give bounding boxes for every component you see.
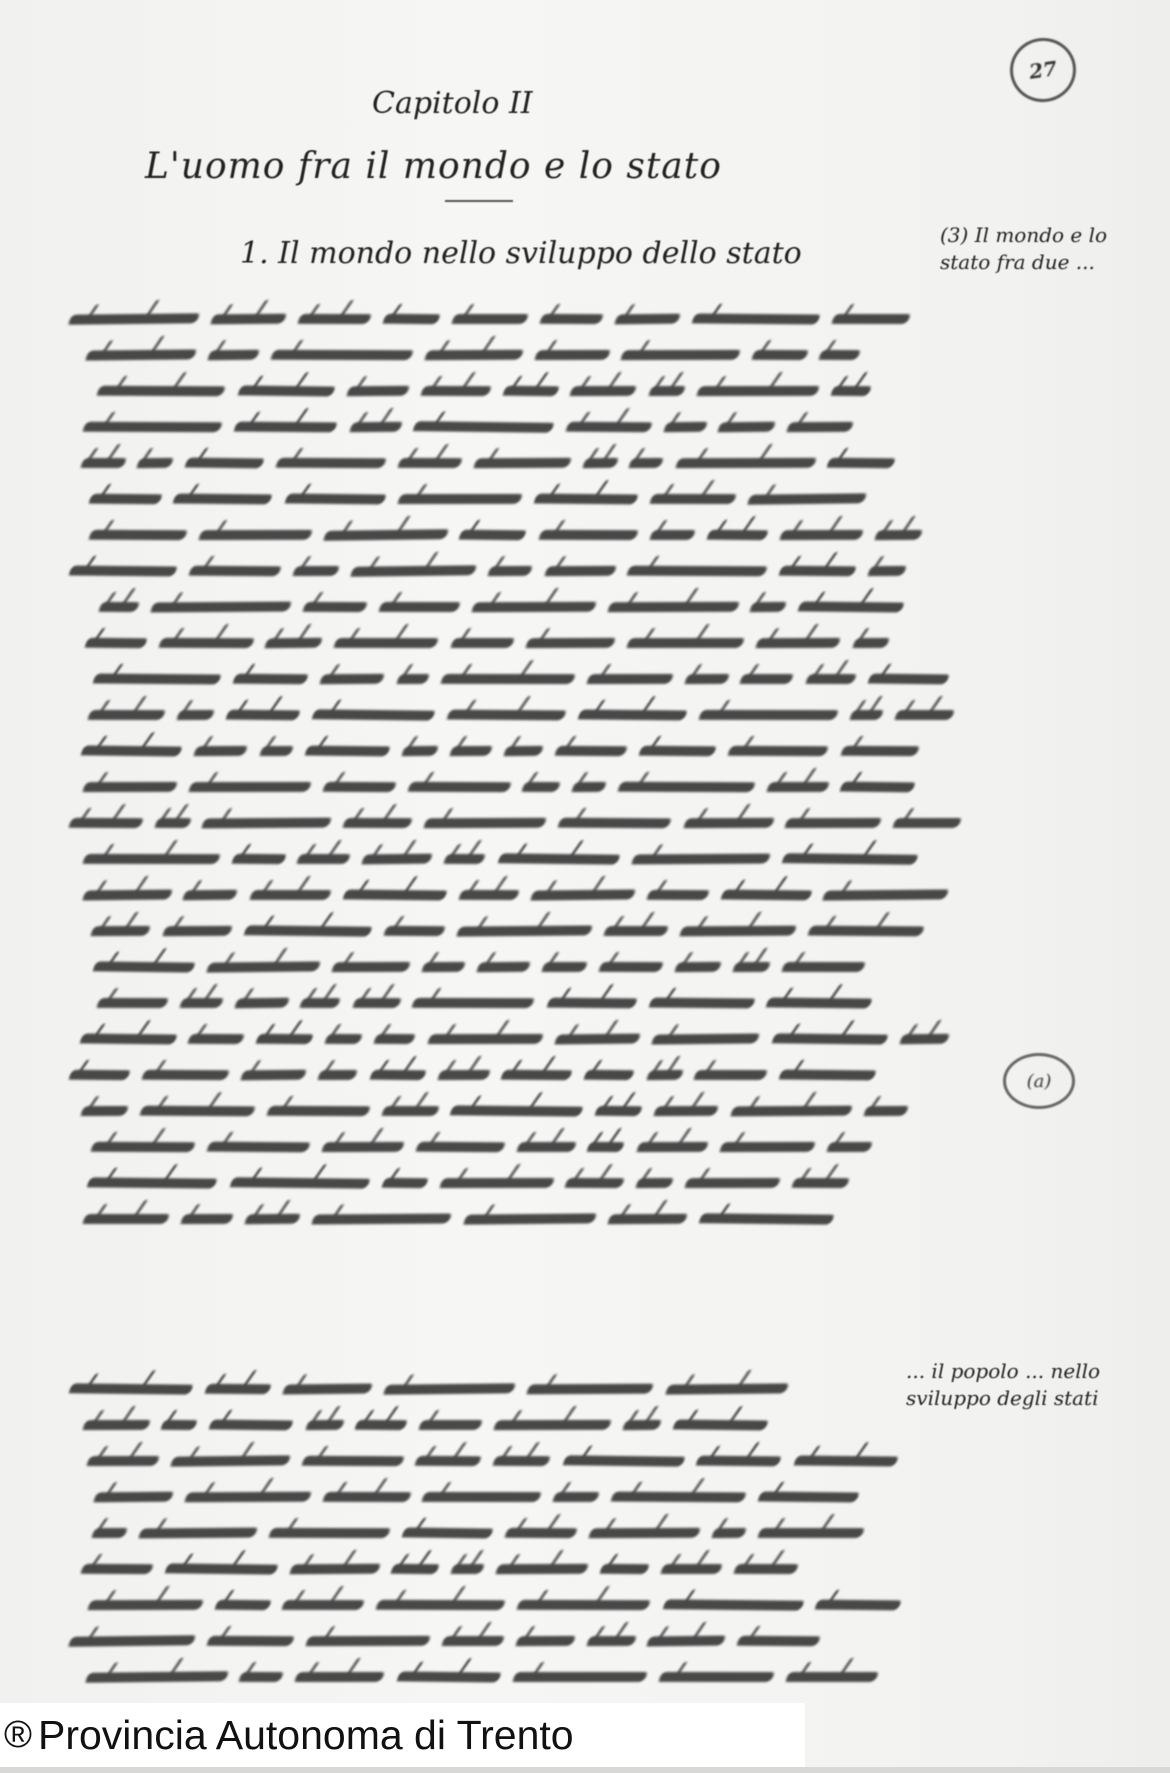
handwritten-word	[779, 530, 863, 540]
handwritten-word	[91, 1528, 127, 1538]
handwritten-word	[444, 854, 486, 864]
circled-mark-text: (a)	[1027, 1071, 1052, 1092]
handwritten-word	[92, 961, 195, 972]
handwritten-word	[516, 1142, 576, 1152]
handwritten-word	[852, 638, 889, 648]
handwritten-word	[554, 1034, 641, 1045]
handwritten-word	[696, 386, 820, 396]
handwritten-word	[96, 998, 168, 1008]
handwritten-line	[70, 1198, 970, 1234]
handwritten-word	[158, 638, 254, 648]
handwritten-word	[82, 1214, 170, 1224]
handwritten-word	[586, 674, 673, 684]
handwritten-word	[638, 746, 716, 757]
handwritten-word	[440, 674, 575, 684]
handwritten-word	[80, 458, 126, 468]
handwritten-word	[304, 746, 390, 757]
handwritten-word	[402, 1527, 494, 1538]
handwritten-line	[70, 766, 970, 802]
handwritten-word	[450, 1105, 584, 1116]
handwritten-word	[740, 674, 794, 684]
handwritten-word	[758, 1528, 866, 1538]
handwritten-word	[662, 1599, 803, 1610]
handwritten-word	[255, 1034, 313, 1045]
handwritten-word	[629, 458, 664, 468]
handwritten-word	[82, 1420, 150, 1430]
handwritten-line	[70, 694, 970, 730]
handwritten-word	[849, 710, 884, 720]
handwritten-word	[229, 1177, 370, 1189]
handwritten-word	[141, 1070, 230, 1080]
handwritten-word	[68, 1635, 196, 1647]
handwritten-word	[635, 1178, 673, 1188]
chapter-heading: Capitolo II	[372, 86, 533, 121]
handwritten-word	[542, 962, 588, 972]
handwritten-word	[683, 818, 774, 828]
handwritten-word	[243, 925, 372, 936]
handwritten-word	[150, 602, 291, 613]
handwritten-word	[298, 314, 372, 324]
handwritten-word	[622, 1420, 662, 1430]
handwritten-line	[70, 1368, 970, 1404]
handwritten-word	[840, 782, 916, 793]
handwritten-line	[70, 298, 970, 334]
handwritten-word	[730, 1106, 853, 1117]
handwritten-word	[396, 1671, 501, 1682]
handwritten-word	[501, 1070, 573, 1081]
handwritten-word	[805, 674, 856, 684]
handwritten-line	[70, 370, 970, 406]
handwritten-word	[586, 1636, 636, 1646]
handwritten-word	[322, 782, 396, 792]
handwritten-word	[471, 602, 596, 613]
handwritten-word	[787, 422, 854, 432]
handwritten-word	[538, 530, 638, 540]
handwritten-word	[784, 818, 881, 828]
handwritten-line	[70, 1656, 970, 1692]
handwritten-word	[648, 386, 686, 396]
handwritten-word	[553, 1492, 600, 1502]
handwritten-word	[331, 962, 410, 972]
handwritten-word	[93, 673, 222, 684]
handwritten-word	[343, 818, 413, 828]
handwritten-word	[793, 1455, 898, 1466]
handwritten-word	[284, 493, 386, 504]
handwritten-line	[70, 730, 970, 766]
handwritten-word	[570, 386, 637, 396]
handwritten-word	[234, 422, 338, 433]
handwritten-line	[70, 946, 970, 982]
handwritten-word	[452, 314, 529, 324]
handwritten-word	[502, 386, 559, 397]
handwritten-word	[544, 566, 616, 576]
handwritten-word	[424, 818, 547, 829]
chapter-title: L'uomo fra il mondo e lo stato	[145, 146, 722, 187]
handwritten-word	[698, 1213, 834, 1224]
handwritten-word	[422, 1492, 542, 1502]
handwritten-word	[463, 1213, 597, 1224]
handwritten-word	[205, 1384, 272, 1395]
circled-mark: (a)	[1003, 1053, 1075, 1109]
handwritten-word	[293, 566, 340, 576]
handwritten-word	[80, 745, 182, 756]
title-underline	[445, 200, 513, 202]
handwritten-word	[584, 1070, 636, 1081]
handwritten-word	[673, 1419, 769, 1430]
handwritten-word	[266, 1106, 370, 1116]
handwritten-word	[694, 1070, 768, 1080]
handwritten-word	[827, 458, 896, 469]
handwritten-word	[237, 385, 335, 396]
handwritten-word	[598, 962, 663, 972]
handwritten-word	[732, 962, 770, 972]
handwritten-word	[522, 782, 561, 792]
handwritten-word	[652, 1033, 761, 1044]
handwritten-word	[712, 1528, 747, 1538]
handwritten-word	[349, 422, 402, 432]
handwritten-word	[259, 746, 293, 756]
handwritten-word	[249, 890, 331, 900]
handwritten-word	[497, 853, 620, 864]
handwritten-word	[819, 350, 861, 360]
handwritten-word	[415, 1456, 482, 1466]
handwritten-line	[70, 586, 970, 622]
handwritten-word	[424, 350, 523, 361]
handwritten-word	[325, 1034, 363, 1044]
handwritten-word	[245, 1214, 301, 1225]
handwritten-word	[717, 422, 776, 433]
handwritten-word	[526, 1384, 654, 1395]
handwritten-word	[439, 1178, 554, 1188]
handwritten-word	[369, 1070, 426, 1081]
handwritten-word	[93, 1492, 173, 1503]
handwritten-word	[381, 1106, 439, 1116]
handwritten-word	[648, 998, 755, 1009]
handwritten-word	[184, 1492, 312, 1503]
handwritten-word	[374, 1034, 416, 1044]
handwritten-line	[70, 1476, 970, 1512]
copyright-footer: ® Provincia Autonoma di Trento	[0, 1703, 805, 1767]
scan-edge	[0, 1767, 1170, 1773]
handwritten-word	[684, 1178, 780, 1188]
handwritten-word	[631, 854, 771, 865]
handwritten-word	[185, 458, 265, 469]
handwritten-word	[636, 1142, 708, 1152]
handwritten-word	[194, 746, 249, 756]
handwritten-word	[188, 566, 282, 577]
handwritten-word	[565, 1178, 625, 1188]
handwritten-word	[649, 494, 737, 504]
handwritten-word	[346, 386, 409, 397]
handwritten-word	[68, 1070, 130, 1081]
handwritten-word	[322, 1492, 411, 1502]
handwritten-word	[318, 1070, 359, 1080]
handwritten-word	[647, 1636, 727, 1647]
handwritten-word	[675, 458, 816, 468]
handwritten-word	[68, 313, 199, 324]
body-paragraph-1	[70, 298, 970, 1234]
handwritten-word	[831, 314, 910, 324]
margin-note-top: (3) Il mondo e lo stato fra due ...	[940, 222, 1160, 276]
handwritten-line	[70, 874, 970, 910]
handwritten-word	[649, 530, 695, 540]
handwritten-word	[268, 1528, 390, 1538]
handwritten-word	[451, 1564, 485, 1574]
handwritten-word	[737, 1636, 821, 1647]
handwritten-line	[70, 910, 970, 946]
handwritten-word	[663, 422, 707, 433]
handwritten-word	[719, 1142, 815, 1152]
handwritten-word	[658, 1672, 774, 1682]
handwritten-word	[533, 494, 638, 505]
handwritten-word	[214, 1600, 271, 1611]
handwritten-word	[674, 962, 721, 972]
handwritten-word	[170, 1455, 290, 1466]
handwritten-word	[82, 890, 172, 901]
handwritten-word	[162, 926, 233, 936]
handwritten-line	[70, 550, 970, 586]
handwritten-word	[504, 1528, 577, 1538]
handwritten-word	[234, 998, 289, 1009]
handwritten-word	[69, 1383, 194, 1394]
handwritten-word	[698, 710, 838, 720]
handwritten-word	[791, 1178, 849, 1188]
handwritten-word	[88, 494, 162, 505]
handwritten-line	[70, 1440, 970, 1476]
handwritten-word	[161, 1420, 198, 1430]
handwritten-word	[614, 314, 681, 325]
handwritten-word	[323, 529, 448, 541]
handwritten-line	[70, 1018, 970, 1054]
handwritten-word	[300, 998, 341, 1008]
handwritten-word	[691, 313, 820, 324]
handwritten-line	[70, 1162, 970, 1198]
handwritten-word	[231, 854, 286, 865]
handwritten-word	[79, 1033, 177, 1044]
handwritten-line	[70, 1126, 970, 1162]
handwritten-word	[202, 818, 332, 829]
handwritten-word	[412, 998, 536, 1008]
handwritten-word	[89, 530, 188, 541]
handwritten-word	[81, 1106, 129, 1116]
handwritten-word	[84, 638, 147, 649]
handwritten-word	[778, 1070, 876, 1081]
handwritten-word	[81, 1564, 154, 1574]
handwritten-word	[555, 746, 628, 756]
handwritten-word	[207, 350, 259, 361]
handwritten-word	[282, 1600, 365, 1610]
handwritten-word	[85, 1671, 228, 1683]
handwritten-word	[539, 314, 603, 324]
handwritten-word	[587, 1142, 626, 1152]
handwritten-word	[627, 566, 768, 577]
handwritten-word	[720, 890, 812, 901]
handwritten-word	[646, 890, 709, 900]
handwritten-line	[70, 1054, 970, 1090]
handwritten-word	[582, 458, 618, 468]
handwritten-word	[476, 962, 530, 973]
handwritten-word	[382, 314, 441, 325]
handwritten-line	[70, 1584, 970, 1620]
handwritten-word	[546, 998, 637, 1009]
handwritten-word	[82, 854, 220, 864]
handwritten-word	[863, 1106, 908, 1116]
handwritten-word	[397, 458, 462, 468]
handwritten-word	[154, 818, 191, 828]
handwritten-word	[179, 998, 223, 1008]
handwritten-word	[607, 602, 739, 612]
handwritten-word	[397, 494, 522, 504]
registered-icon: ®	[4, 1714, 32, 1757]
handwritten-word	[302, 602, 368, 612]
handwritten-line	[70, 406, 970, 442]
handwritten-word	[603, 926, 669, 936]
handwritten-word	[381, 1178, 428, 1189]
copyright-text: Provincia Autonoma di Trento	[38, 1712, 574, 1759]
handwritten-word	[450, 638, 514, 648]
section-heading: 1. Il mondo nello sviluppo dello stato	[240, 236, 802, 271]
handwritten-word	[595, 1106, 643, 1117]
handwritten-word	[137, 458, 174, 468]
handwritten-word	[798, 601, 905, 612]
handwritten-word	[534, 350, 610, 360]
handwritten-word	[239, 1672, 284, 1682]
handwritten-line	[70, 802, 970, 838]
handwritten-word	[87, 1177, 218, 1188]
handwritten-word	[420, 386, 491, 396]
handwritten-word	[207, 1142, 311, 1153]
handwritten-word	[493, 1456, 552, 1466]
handwritten-word	[766, 782, 829, 792]
handwritten-word	[87, 710, 165, 720]
handwritten-word	[446, 710, 566, 721]
handwritten-word	[512, 1672, 647, 1682]
handwritten-word	[295, 1672, 386, 1682]
handwritten-word	[383, 926, 445, 936]
handwritten-word	[696, 1456, 782, 1467]
handwritten-word	[488, 566, 534, 576]
handwritten-word	[441, 1636, 504, 1646]
handwritten-word	[494, 1420, 612, 1430]
handwritten-word	[646, 1070, 683, 1080]
handwritten-word	[413, 421, 554, 433]
handwritten-word	[558, 818, 673, 829]
handwritten-word	[562, 1455, 685, 1466]
handwritten-word	[782, 853, 919, 865]
handwritten-word	[415, 1142, 505, 1153]
handwritten-word	[525, 638, 615, 648]
handwritten-word	[173, 494, 273, 505]
handwritten-word	[750, 602, 787, 612]
folio-number: 27	[1006, 34, 1080, 107]
handwritten-word	[306, 1636, 431, 1646]
handwritten-word	[607, 1214, 687, 1225]
handwritten-word	[437, 1070, 490, 1080]
handwritten-word	[362, 854, 433, 865]
margin-note-bottom: ... il popolo ... nello sviluppo degli s…	[906, 1358, 1136, 1412]
handwritten-word	[665, 1383, 788, 1394]
handwritten-word	[334, 638, 440, 648]
handwritten-word	[867, 566, 906, 576]
handwritten-word	[577, 709, 687, 720]
handwritten-word	[733, 1564, 798, 1574]
handwritten-word	[785, 1672, 878, 1682]
handwritten-word	[233, 674, 309, 685]
handwritten-word	[407, 782, 511, 792]
handwritten-word	[751, 350, 808, 360]
handwritten-line	[70, 514, 970, 550]
handwritten-word	[85, 349, 196, 360]
handwritten-word	[427, 1034, 544, 1044]
handwritten-word	[781, 962, 865, 972]
handwritten-word	[98, 602, 140, 612]
handwritten-word	[352, 998, 401, 1008]
handwritten-word	[289, 1564, 380, 1575]
handwritten-word	[626, 638, 745, 648]
handwritten-line	[70, 478, 970, 514]
handwritten-word	[728, 746, 830, 756]
handwritten-word	[419, 1420, 483, 1430]
handwritten-word	[351, 565, 477, 576]
handwritten-word	[456, 925, 592, 936]
handwritten-word	[301, 1456, 404, 1467]
handwritten-word	[321, 1142, 404, 1152]
handwritten-word	[207, 1636, 295, 1646]
handwritten-word	[899, 1034, 949, 1045]
handwritten-word	[82, 782, 177, 792]
handwritten-word	[566, 422, 653, 433]
handwritten-word	[265, 638, 323, 649]
handwritten-word	[320, 674, 386, 685]
handwritten-word	[422, 962, 466, 972]
handwritten-word	[87, 1456, 160, 1466]
handwritten-word	[588, 1528, 701, 1539]
handwritten-word	[180, 1214, 234, 1224]
handwritten-word	[771, 1033, 888, 1044]
handwritten-word	[654, 1106, 720, 1116]
handwritten-word	[840, 746, 919, 756]
handwritten-word	[823, 889, 949, 900]
handwritten-word	[684, 674, 729, 684]
handwritten-word	[766, 997, 873, 1008]
handwritten-word	[276, 458, 387, 469]
handwritten-line	[70, 1090, 970, 1126]
handwritten-word	[515, 1636, 575, 1646]
handwritten-word	[874, 530, 922, 540]
handwritten-word	[867, 674, 949, 685]
handwritten-line	[70, 622, 970, 658]
handwritten-word	[271, 350, 414, 360]
handwritten-line	[70, 334, 970, 370]
handwritten-word	[189, 782, 312, 792]
handwritten-word	[183, 890, 239, 901]
handwritten-word	[305, 1420, 344, 1430]
handwritten-word	[90, 1142, 196, 1152]
handwritten-word	[401, 746, 439, 756]
handwritten-word	[383, 1383, 515, 1394]
handwritten-word	[599, 1564, 649, 1574]
handwritten-word	[706, 530, 768, 541]
handwritten-word	[375, 1600, 505, 1610]
handwritten-word	[758, 1491, 860, 1502]
handwritten-line	[70, 442, 970, 478]
handwritten-word	[611, 1492, 747, 1503]
handwritten-line	[70, 1620, 970, 1656]
handwritten-word	[808, 926, 925, 937]
handwritten-word	[188, 1034, 245, 1044]
handwritten-word	[210, 314, 287, 325]
handwritten-word	[164, 1563, 278, 1574]
